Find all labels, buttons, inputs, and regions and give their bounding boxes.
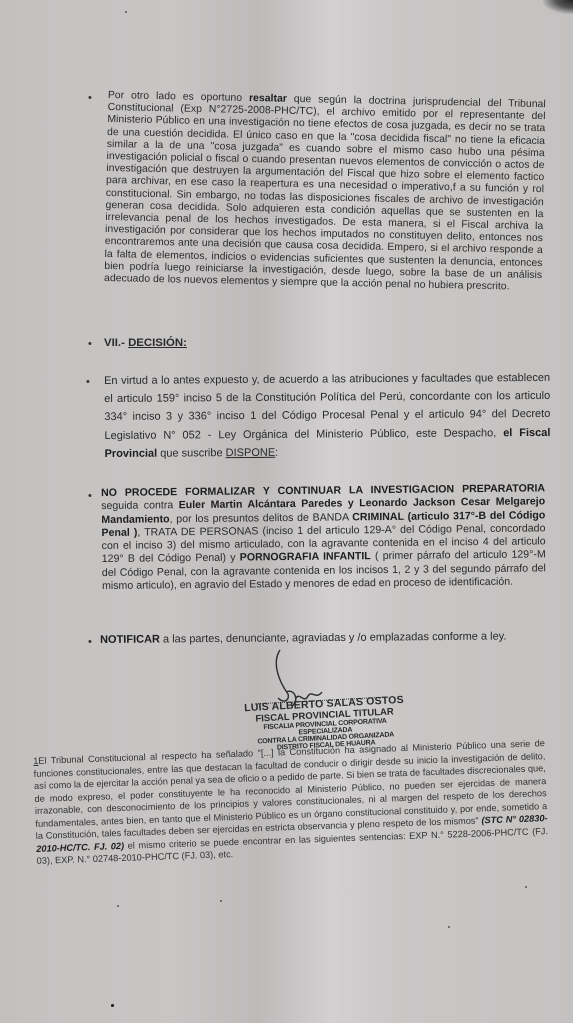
paragraph-no-procede: NO PROCEDE FORMALIZAR Y CONTINUAR LA INV… — [101, 482, 546, 593]
paragraph-en-virtud: En virtud a lo antes expuesto y, de acue… — [104, 369, 551, 463]
paper-speck — [125, 11, 127, 13]
bullet-icon: • — [88, 490, 92, 502]
paragraph-archivo: Por otro lado es oportuno resaltar que s… — [104, 90, 546, 294]
paragraph-text: : — [275, 447, 278, 459]
paragraph-bold-text: NOTIFICAR — [100, 633, 160, 646]
paragraph-text: que suscribe — [157, 447, 226, 459]
paragraph-bold-text: resaltar — [249, 93, 287, 105]
section-number: VII.- — [104, 337, 128, 349]
page-corner-shadow — [543, 0, 573, 14]
paper-speck — [448, 926, 450, 928]
paragraph-text: que según la doctrina jurisprudencial de… — [104, 94, 546, 293]
paragraph-text: seguida contra — [101, 499, 179, 512]
bullet-icon: • — [88, 636, 92, 648]
paper-speck — [111, 1004, 114, 1007]
paragraph-bold-text: PORNOGRAFIA INFANTIL — [240, 551, 371, 564]
section-heading: VII.- DECISIÓN: — [104, 337, 187, 349]
paper-speck — [525, 886, 527, 888]
footnote: 1El Tribunal Constitucional al respecto … — [33, 737, 549, 867]
paragraph-text: a las partes, denunciante, agraviadas y … — [160, 630, 507, 645]
paper-speck — [220, 900, 222, 902]
bullet-icon: • — [88, 338, 92, 350]
paragraph-text: , por los presuntos delitos de BANDA — [170, 511, 353, 525]
paragraph-notificar: NOTIFICAR a las partes, denunciante, agr… — [100, 630, 550, 646]
bullet-icon: • — [86, 376, 90, 388]
section-title: DECISIÓN: — [128, 337, 187, 349]
dispone-text: DISPONE — [226, 447, 276, 459]
paper-speck — [117, 905, 119, 907]
footnote-text: El Tribunal Constitucional al respecto h… — [33, 738, 547, 841]
scanned-document-page: • Por otro lado es oportuno resaltar que… — [0, 0, 573, 1023]
paragraph-text: En virtud a lo antes expuesto y, de acue… — [104, 372, 550, 442]
bullet-icon: • — [88, 92, 92, 104]
